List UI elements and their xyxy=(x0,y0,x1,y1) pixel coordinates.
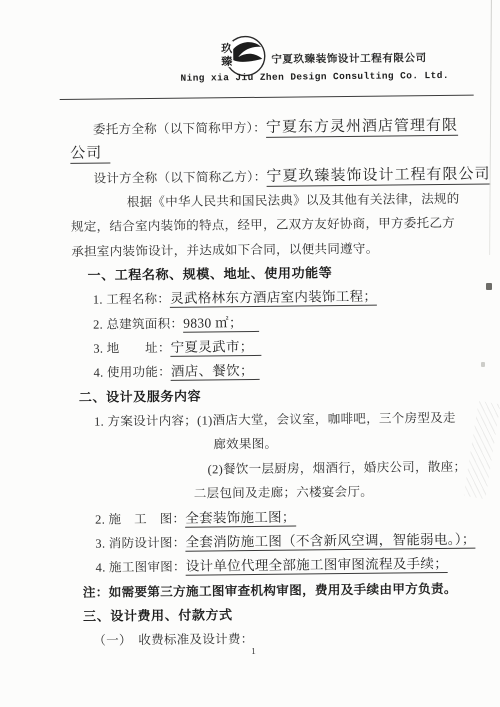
scheme-design-text: (1)酒店大堂，会议室，咖啡吧，三个房型及走 xyxy=(197,411,456,428)
designer-value: 宁夏玖臻装饰设计工程有限公司 xyxy=(266,166,490,186)
drawing-review-value: 设计单位代理全部施工图审图流程及手续； xyxy=(186,556,448,576)
client-value: 宁夏东方灵州酒店管理有限 xyxy=(266,118,458,138)
client-label: 委托方全称（以下简称甲方）： xyxy=(93,121,266,137)
fire-design-label: 3. 消防设计图： xyxy=(95,536,185,551)
logo-char-top: 玖 xyxy=(221,41,232,55)
usage-label: 4. 使用功能： xyxy=(93,365,171,380)
construction-drawing-label: 2. 施 工 图： xyxy=(95,511,185,526)
review-note: 注：如需要第三方施工图审查机构审图，费用及手续由甲方负责。 xyxy=(3,576,500,606)
address-value: 宁夏灵武市； xyxy=(171,339,262,357)
project-name-label: 1. 工程名称： xyxy=(93,292,171,307)
contract-body: 委托方全称（以下简称甲方）：宁夏东方灵州酒店管理有限 公司 设计方全称（以下简称… xyxy=(0,113,500,654)
designer-label: 设计方全称（以下简称乙方）： xyxy=(93,170,266,186)
document-sheet: 玖 臻 宁夏玖臻装饰设计工程有限公司 Ning xia Jiu Zhen Des… xyxy=(0,0,500,707)
scheme-design-label: 1. 方案设计内容； xyxy=(94,414,197,429)
scanned-contract-page: 玖 臻 宁夏玖臻装饰设计工程有限公司 Ning xia Jiu Zhen Des… xyxy=(0,0,500,707)
address-label: 3. 地 址： xyxy=(93,341,171,356)
floor-area-label: 2. 总建筑面积： xyxy=(93,316,183,331)
floor-area-value: 9830 ㎡； xyxy=(183,315,259,333)
fire-design-value: 全套消防施工图（不含新风空调，智能弱电。）； xyxy=(185,531,475,551)
drawing-review-label: 4. 施工图审图： xyxy=(96,560,186,575)
scan-blob-artifact xyxy=(486,283,492,290)
project-name-value: 灵武格林东方酒店室内装饰工程； xyxy=(170,289,377,308)
construction-drawing-value: 全套装饰施工图； xyxy=(185,509,296,527)
usage-value: 酒店、餐饮； xyxy=(171,363,260,381)
company-name-cn: 宁夏玖臻装饰设计工程有限公司 xyxy=(271,50,427,67)
company-name-en: Ning xia Jiu Zhen Design Consulting Co. … xyxy=(180,70,449,84)
header-divider xyxy=(60,95,474,100)
logo-char-bottom: 臻 xyxy=(221,54,232,68)
client-value-cont: 公司 xyxy=(70,146,110,164)
scan-dot-artifact xyxy=(481,362,485,367)
